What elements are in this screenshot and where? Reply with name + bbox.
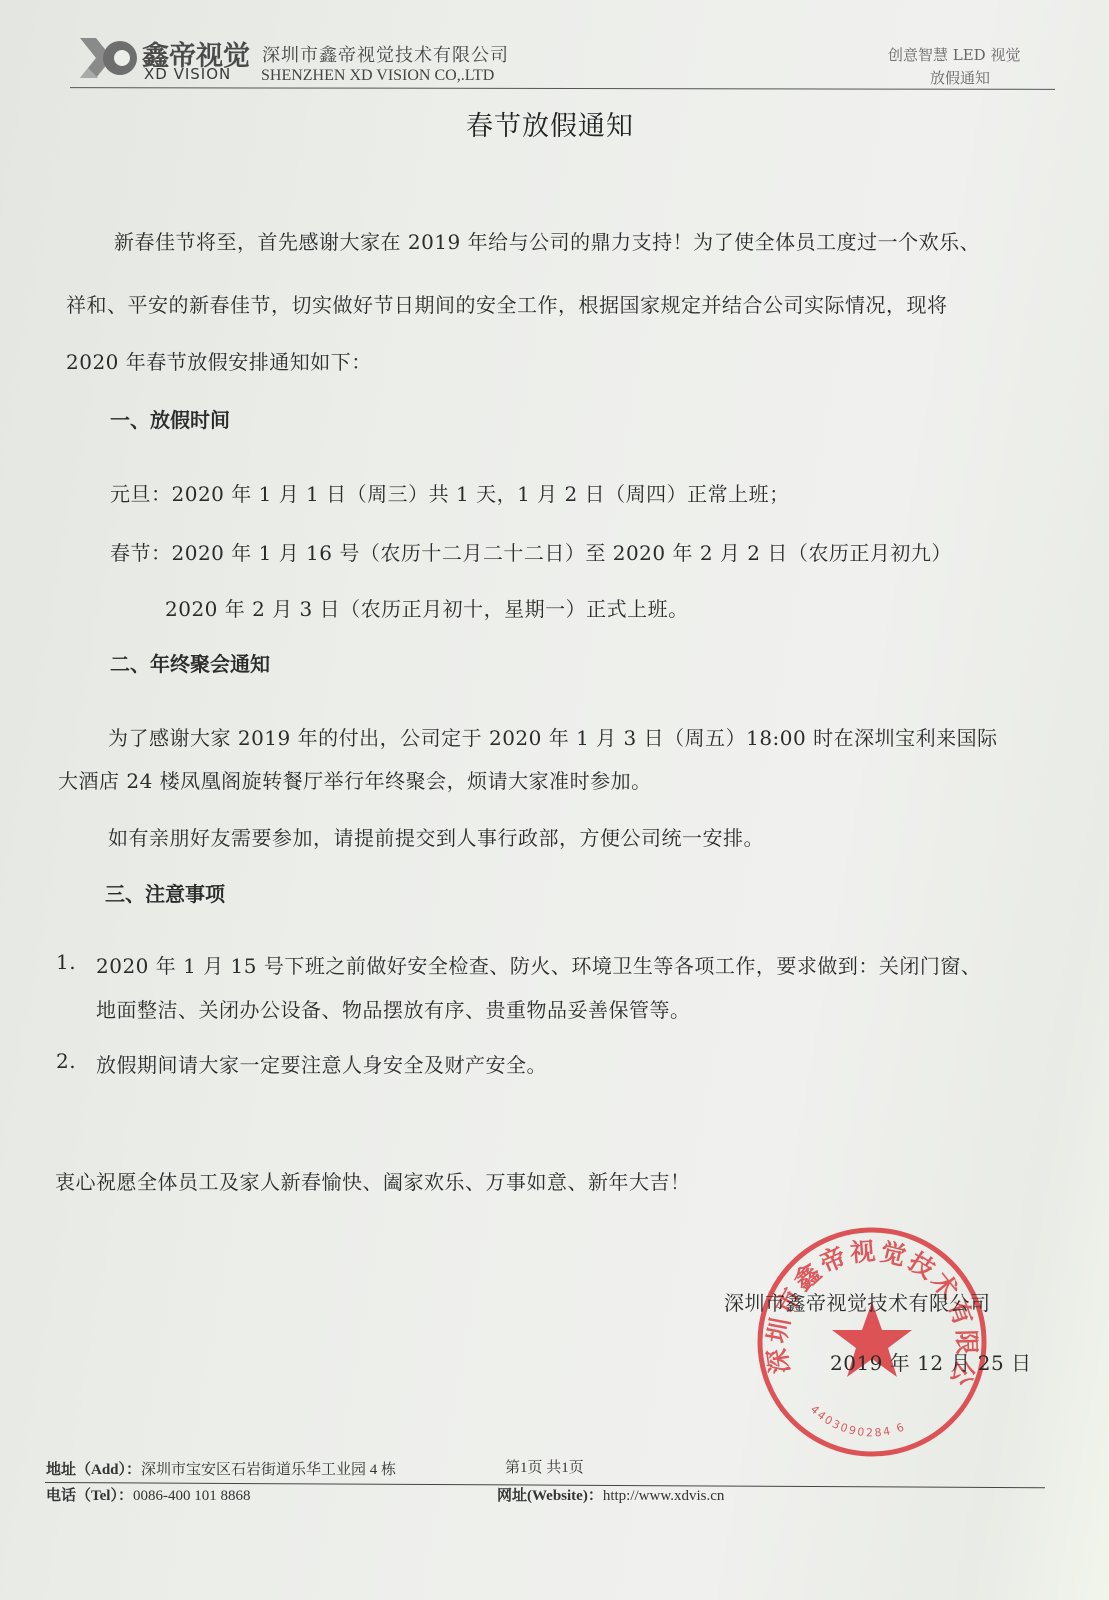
party-line-3: 如有亲朋好友需要参加，请提前提交到人事行政部，方便公司统一安排。 [108,822,764,851]
address-value: 深圳市宝安区石岩街道乐华工业园 4 栋 [141,1462,396,1478]
tel-label: 电话（Tel）： [46,1488,133,1504]
website-label: 网址(Website)： [497,1488,603,1504]
xd-logo-icon [78,36,138,80]
note-1-number: 1. [56,950,76,974]
section-heading-holiday-time: 一、放假时间 [110,404,230,433]
company-seal-stamp-icon: 深圳市鑫帝视觉技术有限公司 4403090284 6 [752,1222,992,1462]
intro-line-1: 新春佳节将至，首先感谢大家在 2019 年给与公司的鼎力支持！为了使全体员工度过… [114,226,980,255]
tel-value: 0086-400 101 8868 [133,1488,251,1504]
document-title: 春节放假通知 [466,104,634,143]
footer-address: 地址（Add）：深圳市宝安区石岩街道乐华工业园 4 栋 [46,1458,396,1479]
section-heading-year-end-party: 二、年终聚会通知 [110,648,270,677]
header-doc-type: 放假通知 [930,67,990,88]
footer-website: 网址(Website)：http://www.xdvis.cn [497,1484,724,1505]
holiday-spring-festival: 春节：2020 年 1 月 16 号（农历十二月二十二日）至 2020 年 2 … [110,537,952,566]
note-1-line-1: 2020 年 1 月 15 号下班之前做好安全检查、防火、环境卫生等各项工作，要… [96,950,981,979]
note-2-number: 2. [56,1049,76,1073]
note-1-line-2: 地面整洁、关闭办公设备、物品摆放有序、贵重物品妥善保管等。 [96,994,691,1023]
closing-wishes: 衷心祝愿全体员工及家人新春愉快、阖家欢乐、万事如意、新年大吉！ [55,1166,691,1195]
party-line-1: 为了感谢大家 2019 年的付出，公司定于 2020 年 1 月 3 日（周五）… [108,722,998,751]
website-link[interactable]: http://www.xdvis.cn [603,1488,725,1504]
holiday-return-to-work: 2020 年 2 月 3 日（农历正月初十，星期一）正式上班。 [165,593,689,622]
header-slogan: 创意智慧 LED 视觉 [888,44,1020,65]
note-2-line-1: 放假期间请大家一定要注意人身安全及财产安全。 [96,1049,547,1078]
company-name-en: SHENZHEN XD VISION CO,.LTD [261,67,494,85]
intro-line-3: 2020 年春节放假安排通知如下： [66,346,372,375]
address-label: 地址（Add）： [46,1462,141,1478]
intro-line-2: 祥和、平安的新春佳节，切实做好节日期间的安全工作，根据国家规定并结合公司实际情况… [66,289,948,318]
signature-company: 深圳市鑫帝视觉技术有限公司 [724,1287,991,1316]
brand-name-en: XD VISION [144,65,231,83]
footer-tel: 电话（Tel）：0086-400 101 8868 [46,1484,250,1505]
company-name-cn: 深圳市鑫帝视觉技术有限公司 [262,41,509,67]
holiday-new-year: 元旦：2020 年 1 月 1 日（周三）共 1 天，1 月 2 日（周四）正常… [110,478,790,507]
signature-date: 2019 年 12 月 25 日 [830,1347,1032,1376]
section-heading-notes: 三、注意事项 [105,878,225,907]
header-divider [70,87,1055,90]
party-line-2: 大酒店 24 楼凤凰阁旋转餐厅举行年终聚会，烦请大家准时参加。 [58,765,652,794]
footer-page-info: 第1页 共1页 [505,1456,584,1477]
svg-text:4403090284 6: 4403090284 6 [808,1403,908,1440]
